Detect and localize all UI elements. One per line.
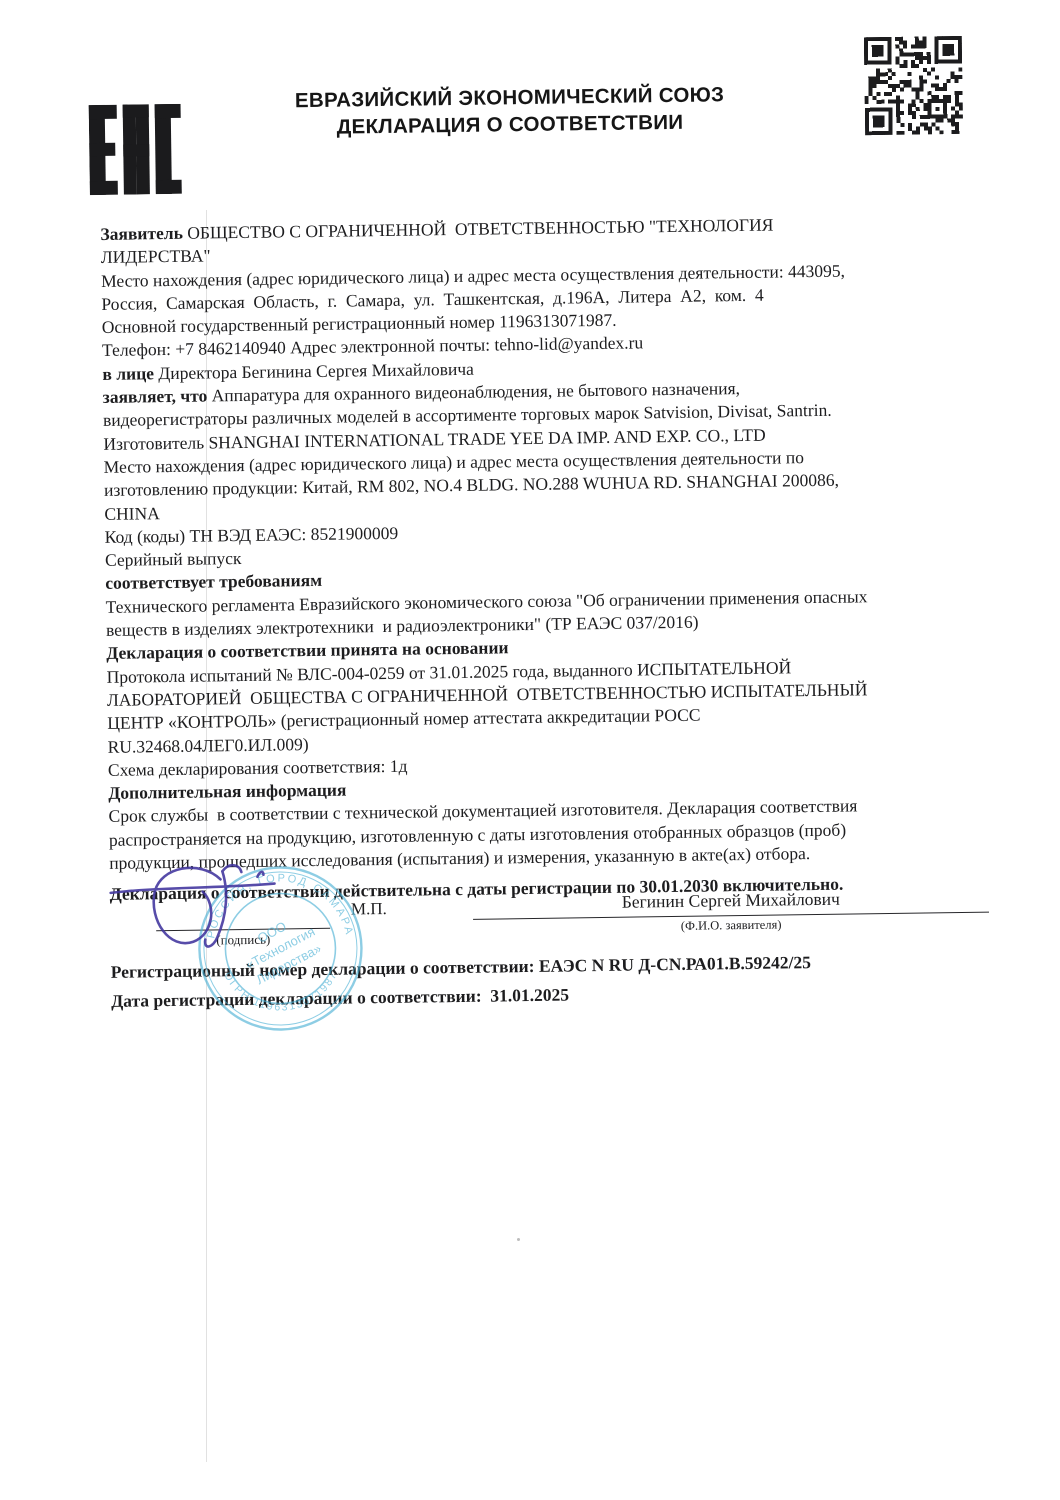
registration-number-label: Регистрационный номер декларации о соотв… xyxy=(111,956,539,982)
body-line-bold-prefix: Заявитель xyxy=(100,223,183,244)
document-title: ЕВРАЗИЙСКИЙ ЭКОНОМИЧЕСКИЙ СОЮЗ ДЕКЛАРАЦИ… xyxy=(98,78,921,143)
registration-number-line: Регистрационный номер декларации о соотв… xyxy=(111,950,971,983)
body-line-bold-prefix: Декларация о соответствии принята на осн… xyxy=(106,638,509,664)
body-line-bold-prefix: Дополнительная информация xyxy=(108,780,346,803)
body-line-bold-prefix: заявляет, что xyxy=(103,386,208,407)
registration-number-value: ЕАЭС N RU Д-CN.РА01.В.59242/25 xyxy=(539,952,811,976)
declaration-body-text: Заявитель ОБЩЕСТВО С ОГРАНИЧЕННОЙ ОТВЕТС… xyxy=(100,211,941,875)
registration-date-value: 31.01.2025 xyxy=(490,984,569,1005)
body-line-bold-prefix: в лице xyxy=(102,363,154,384)
declaration-document-page: ЕВРАЗИЙСКИЙ ЭКОНОМИЧЕСКИЙ СОЮЗ ДЕКЛАРАЦИ… xyxy=(0,0,1060,1500)
stamp-place-label: М.П. xyxy=(351,899,387,919)
qr-code xyxy=(864,36,963,135)
signature-caption: (подпись) xyxy=(156,931,330,949)
registration-date-label: Дата регистрации декларации о соответств… xyxy=(111,986,490,1011)
document-sheet: ЕВРАЗИЙСКИЙ ЭКОНОМИЧЕСКИЙ СОЮЗ ДЕКЛАРАЦИ… xyxy=(0,0,1060,1500)
registration-date-line: Дата регистрации декларации о соответств… xyxy=(111,979,971,1012)
body-line-bold-prefix: соответствует требованиям xyxy=(105,570,322,593)
